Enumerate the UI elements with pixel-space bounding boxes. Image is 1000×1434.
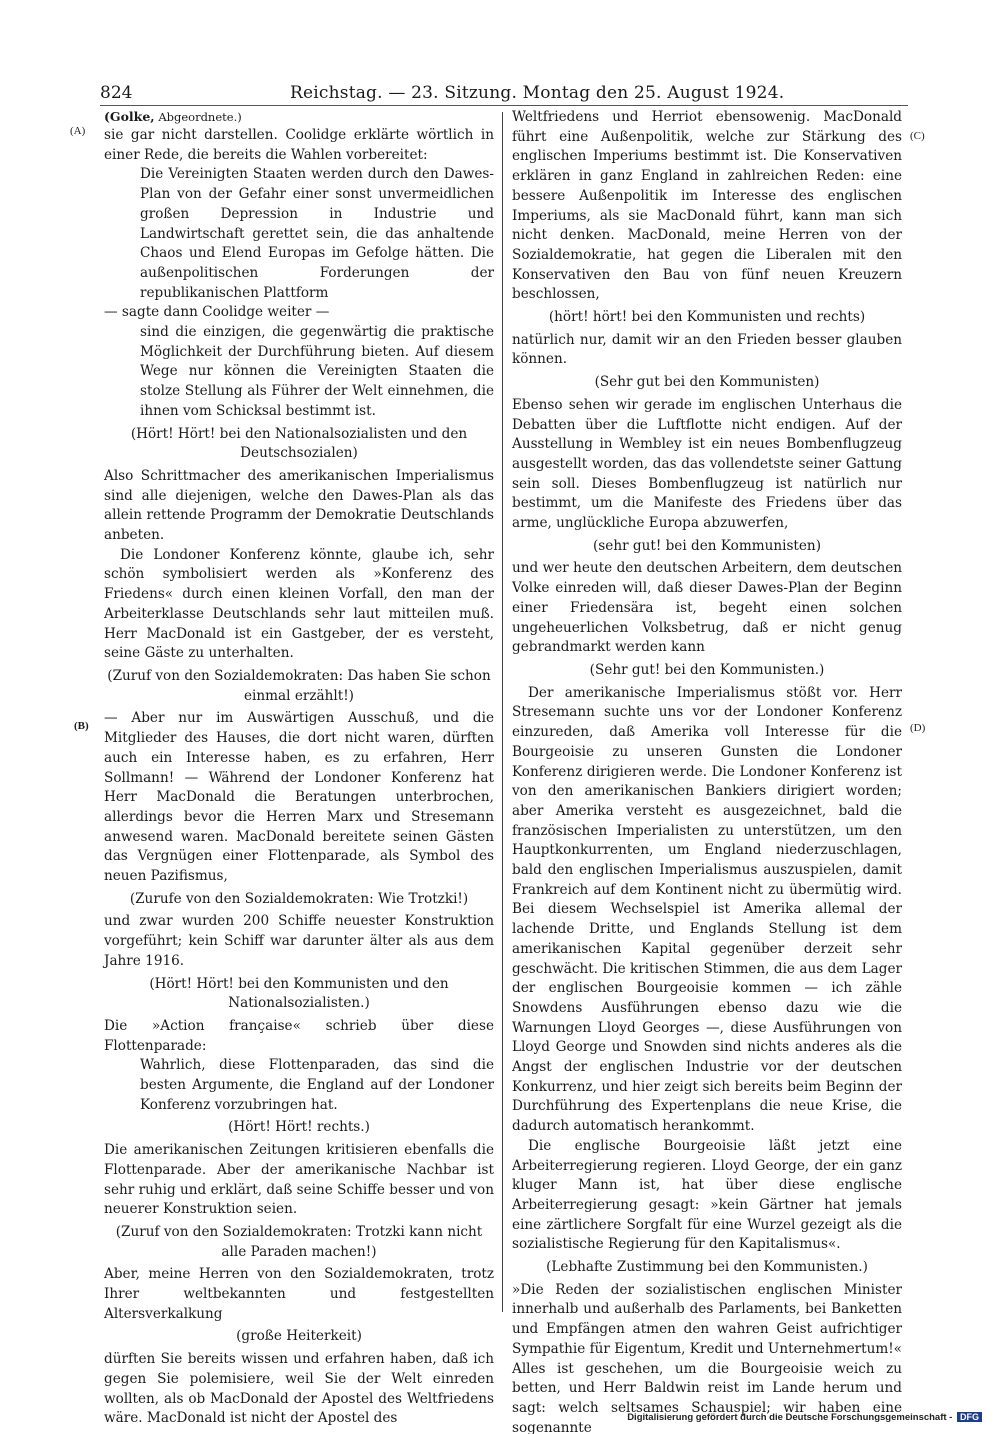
column-divider (502, 112, 503, 1312)
paragraph: Aber, meine Herren von den Sozialdemokra… (104, 1265, 494, 1324)
interjection: (hört! hört! bei den Kommunisten und rec… (512, 308, 902, 328)
paragraph: natürlich nur, damit wir an den Frieden … (512, 331, 902, 370)
margin-mark-b: (B) (74, 720, 89, 732)
margin-mark-c: (C) (910, 130, 925, 142)
interjection: (Zuruf von den Sozialdemokraten: Trotzki… (104, 1223, 494, 1262)
interjection: (Zurufe von den Sozialdemokraten: Wie Tr… (104, 890, 494, 910)
speaker-name: (Golke, (104, 109, 155, 124)
interjection: (Zuruf von den Sozialdemokraten: Das hab… (104, 667, 494, 706)
paragraph: dürften Sie bereits wissen und erfahren … (104, 1350, 494, 1429)
page-header: 824 Reichstag. — 23. Sitzung. Montag den… (100, 82, 905, 104)
paragraph: und wer heute den deutschen Arbeitern, d… (512, 559, 902, 658)
paragraph: — sagte dann Coolidge weiter — (104, 303, 494, 323)
left-column: (Golke, Abgeordnete.) sie gar nicht dars… (104, 108, 494, 1429)
interjection: (Sehr gut! bei den Kommunisten.) (512, 661, 902, 681)
paragraph: Weltfriedens und Herriot ebensowenig. Ma… (512, 108, 902, 305)
interjection: (Hört! Hört! rechts.) (104, 1118, 494, 1138)
document-page: 824 Reichstag. — 23. Sitzung. Montag den… (0, 0, 1000, 1434)
right-column: Weltfriedens und Herriot ebensowenig. Ma… (512, 108, 902, 1434)
interjection: (Hört! Hört! bei den Nationalsozialisten… (104, 425, 494, 464)
paragraph: sie gar nicht darstellen. Coolidge erklä… (104, 126, 494, 165)
speaker-role: Abgeordnete.) (158, 110, 241, 124)
paragraph: Die Londoner Konferenz könnte, glaube ic… (104, 546, 494, 664)
paragraph: Der amerikanische Imperialismus stößt vo… (512, 684, 902, 1137)
interjection: (große Heiterkeit) (104, 1327, 494, 1347)
interjection: (Sehr gut bei den Kommunisten) (512, 373, 902, 393)
dfg-logo-icon: DFG (957, 1412, 982, 1422)
page-number: 824 (100, 82, 132, 104)
paragraph: Ebenso sehen wir gerade im englischen Un… (512, 396, 902, 534)
block-quote: Die Vereinigten Staaten werden durch den… (104, 165, 494, 303)
paragraph: und zwar wurden 200 Schiffe neuester Kon… (104, 912, 494, 971)
interjection: (Lebhafte Zustimmung bei den Kommunisten… (512, 1258, 902, 1278)
right-column-body: Weltfriedens und Herriot ebensowenig. Ma… (512, 108, 902, 1434)
margin-mark-d: (D) (910, 722, 925, 734)
left-column-body: sie gar nicht darstellen. Coolidge erklä… (104, 126, 494, 1429)
running-title: Reichstag. — 23. Sitzung. Montag den 25.… (290, 82, 784, 104)
interjection: (Hört! Hört! bei den Kommunisten und den… (104, 975, 494, 1014)
block-quote: Wahrlich, diese Flottenparaden, das sind… (104, 1056, 494, 1115)
footer-credit: Digitalisierung gefördert durch die Deut… (627, 1412, 982, 1423)
margin-mark-a: (A) (70, 125, 85, 137)
paragraph: Die amerikanischen Zeitungen kritisieren… (104, 1141, 494, 1220)
paragraph: Also Schrittmacher des amerikanischen Im… (104, 467, 494, 546)
paragraph: — Aber nur im Auswärtigen Ausschuß, und … (104, 709, 494, 886)
paragraph: Die »Action française« schrieb über dies… (104, 1017, 494, 1056)
interjection: (sehr gut! bei den Kommunisten) (512, 537, 902, 557)
block-quote: sind die einzigen, die gegenwärtig die p… (104, 323, 494, 422)
paragraph: Die englische Bourgeoisie läßt jetzt ein… (512, 1137, 902, 1255)
header-rule (100, 105, 908, 106)
speaker-line: (Golke, Abgeordnete.) (104, 108, 494, 126)
footer-text: Digitalisierung gefördert durch die Deut… (627, 1412, 952, 1423)
